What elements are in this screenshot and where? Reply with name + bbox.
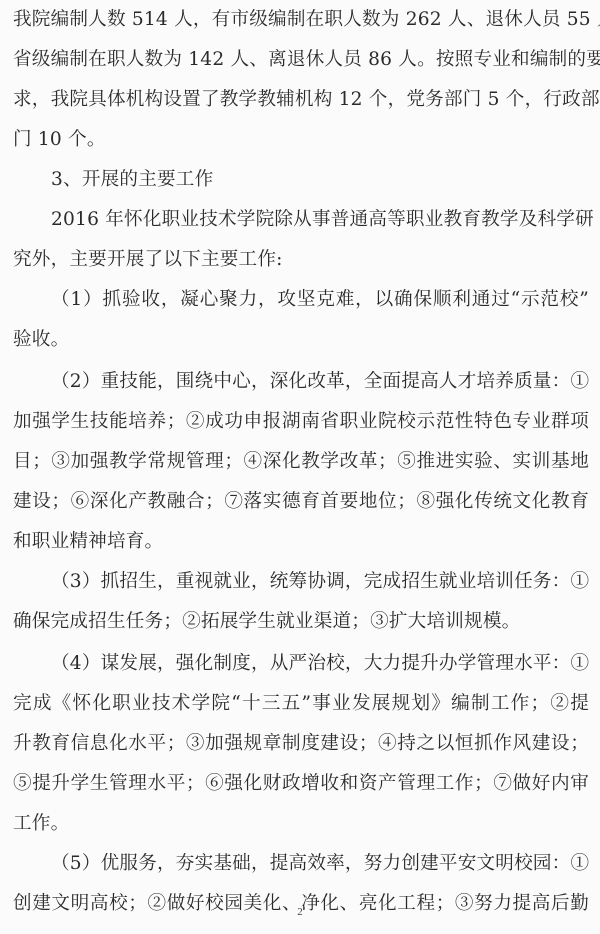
item-5-line-2: 创建文明高校；②做好校园美化、净化、亮化工程；③努力提高后勤 (13, 884, 589, 924)
paragraph-staffing-line-2: 省级编制在职人数为 142 人、离退休人员 86 人。按照专业和编制的要 (13, 40, 589, 80)
item-5-line-1: （5）优服务，夯实基础，提高效率，努力创建平安文明校园：① (51, 844, 589, 884)
item-4-line-2: 完成《怀化职业技术学院“十三五”事业发展规划》编制工作；②提 (13, 684, 589, 724)
item-4-line-3: 升教育信息化水平；③加强规章制度建设；④持之以恒抓作风建设； (13, 724, 589, 764)
item-2-line-1: （2）重技能，围绕中心，深化改革，全面提高人才培养质量：① (51, 362, 589, 402)
item-2-line-2: 加强学生技能培养；②成功申报湖南省职业院校示范性特色专业群项 (13, 402, 589, 442)
paragraph-staffing-line-1: 我院编制人数 514 人，有市级编制在职人数为 262 人、退休人员 55 人 … (13, 0, 589, 40)
item-4-line-1: （4）谋发展，强化制度，从严治校，大力提升办学管理水平：① (51, 644, 589, 684)
item-4-line-4: ⑤提升学生管理水平；⑥强化财政增收和资产管理工作；⑦做好内审 (13, 764, 589, 804)
item-1-line-2: 验收。 (13, 320, 69, 360)
item-4-line-5: 工作。 (13, 804, 69, 844)
paragraph-intro-line-2: 究外，主要开展了以下主要工作: (13, 240, 283, 280)
item-2-line-5: 和职业精神培育。 (13, 522, 163, 562)
section-heading-main-work: 3、开展的主要工作 (51, 160, 213, 200)
item-3-line-2: 确保完成招生任务；②拓展学生就业渠道；③扩大培训规模。 (13, 602, 520, 642)
item-2-line-4: 建设；⑥深化产教融合；⑦落实德育首要地位；⑧强化传统文化教育 (13, 482, 589, 522)
item-2-line-3: 目；③加强教学常规管理；④深化教学改革；⑤推进实验、实训基地 (13, 442, 589, 482)
paragraph-staffing-line-4: 门 10 个。 (13, 120, 106, 160)
page-number: 2 (0, 906, 600, 918)
item-1-line-1: （1）抓验收，凝心聚力，攻坚克难，以确保顺利通过“示范校” (51, 280, 589, 320)
item-3-line-1: （3）抓招生，重视就业，统筹协调，完成招生就业培训任务：① (51, 562, 589, 602)
paragraph-staffing-line-3: 求，我院具体机构设置了教学教辅机构 12 个，党务部门 5 个，行政部 (13, 80, 589, 120)
paragraph-intro-line-1: 2016 年怀化职业技术学院除从事普通高等职业教育教学及科学研 (51, 200, 589, 240)
